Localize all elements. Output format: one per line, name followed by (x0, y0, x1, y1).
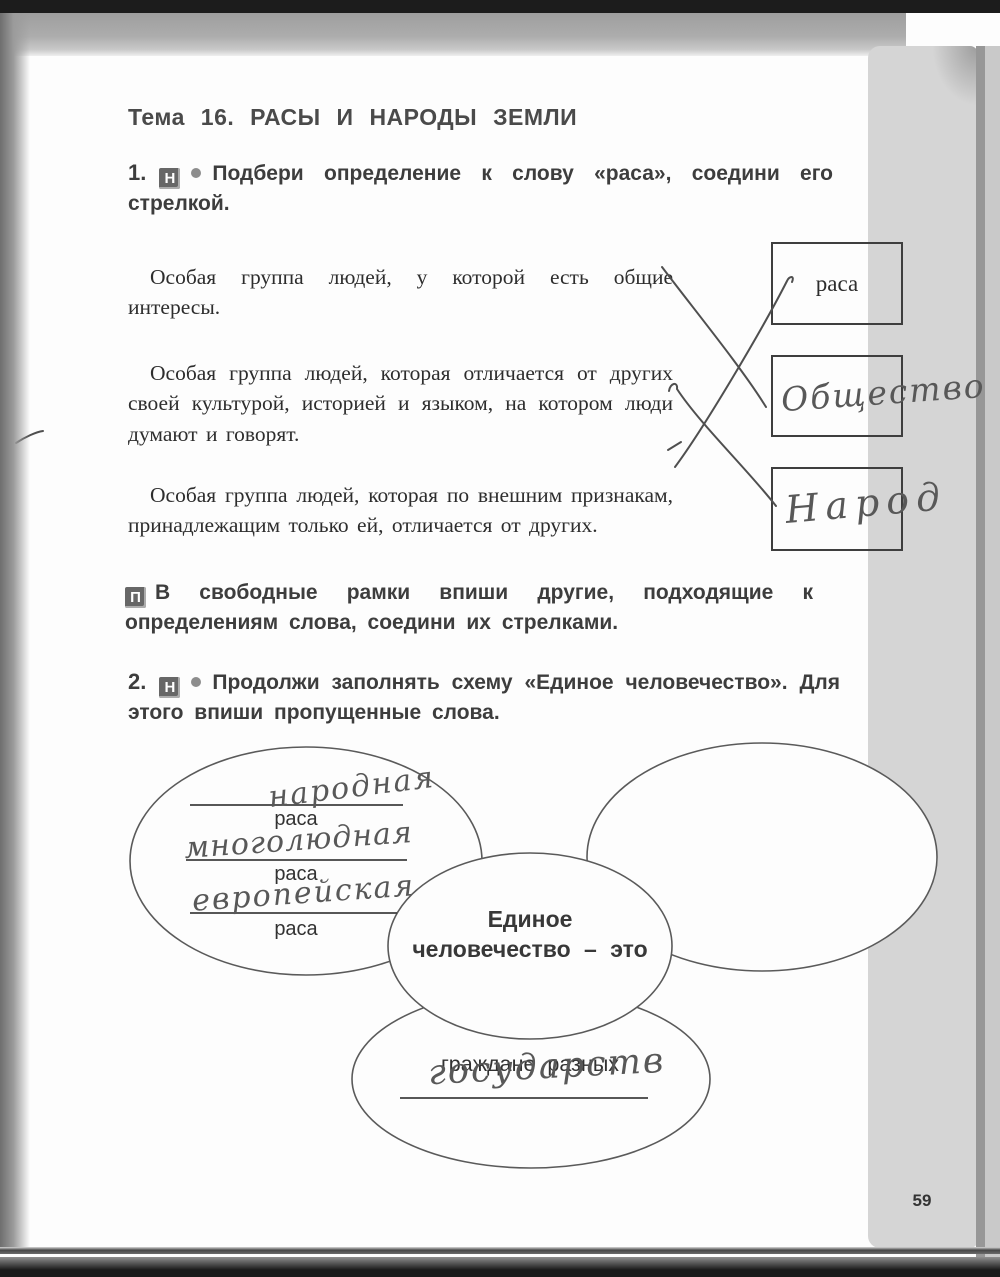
task-2-text: Продолжи заполнять схему «Единое человеч… (128, 671, 840, 724)
level-badge-icon: Н (159, 168, 180, 189)
definition-2: Особая группа людей, которая отличается … (128, 358, 673, 450)
task-2: 2.НПродолжи заполнять схему «Единое чело… (128, 666, 840, 729)
scan-top-bar (0, 0, 1000, 13)
note-instruction: ПВ свободные рамки впиши другие, подходя… (125, 578, 813, 639)
center-line-2: человечество – это (388, 935, 672, 965)
handwritten-race-3: европейская (191, 868, 416, 918)
level-badge-icon: Н (159, 677, 180, 698)
bullet-icon (191, 168, 201, 178)
workbook-page: 59 Тема 16. РАСЫ И НАРОДЫ ЗЕМЛИ 1.НПодбе… (0, 0, 1000, 1277)
note-text: В свободные рамки впиши другие, подходящ… (125, 581, 813, 634)
scan-bottom-line (0, 1247, 1000, 1254)
task-1: 1.НПодбери определение к слову «раса», с… (128, 157, 833, 220)
bullet-icon (191, 677, 201, 687)
page-number: 59 (900, 1191, 944, 1211)
handwritten-race-2: многолюдная (183, 815, 414, 866)
handwritten-society: Общество (780, 366, 987, 419)
definition-1: Особая группа людей, у которой есть общи… (128, 262, 673, 323)
topic-title: Тема 16. РАСЫ И НАРОДЫ ЗЕМЛИ (128, 104, 577, 131)
match-box-rasa: раса (771, 242, 903, 325)
definition-3: Особая группа людей, которая по внешним … (128, 480, 673, 541)
scan-bottom-bar (0, 1257, 1000, 1277)
level-badge-icon: П (125, 587, 146, 608)
task-2-number: 2. (128, 669, 146, 694)
handwritten-states: государств (427, 1041, 666, 1093)
center-ellipse-text: Единое человечество – это (388, 905, 672, 965)
handwritten-people: Народ (783, 474, 948, 532)
center-line-1: Единое (388, 905, 672, 935)
handwritten-race-1: народная (266, 760, 436, 815)
task-1-number: 1. (128, 160, 146, 185)
scan-left-shadow (0, 13, 30, 1253)
match-box-people: Народ (771, 467, 903, 551)
match-box-rasa-label: раса (773, 244, 901, 323)
match-box-society: Общество (771, 355, 903, 437)
page-content: Тема 16. РАСЫ И НАРОДЫ ЗЕМЛИ 1.НПодбери … (0, 0, 1000, 1277)
task-1-text: Подбери определение к слову «раса», соед… (128, 162, 833, 215)
race-label-3: раса (246, 918, 346, 941)
